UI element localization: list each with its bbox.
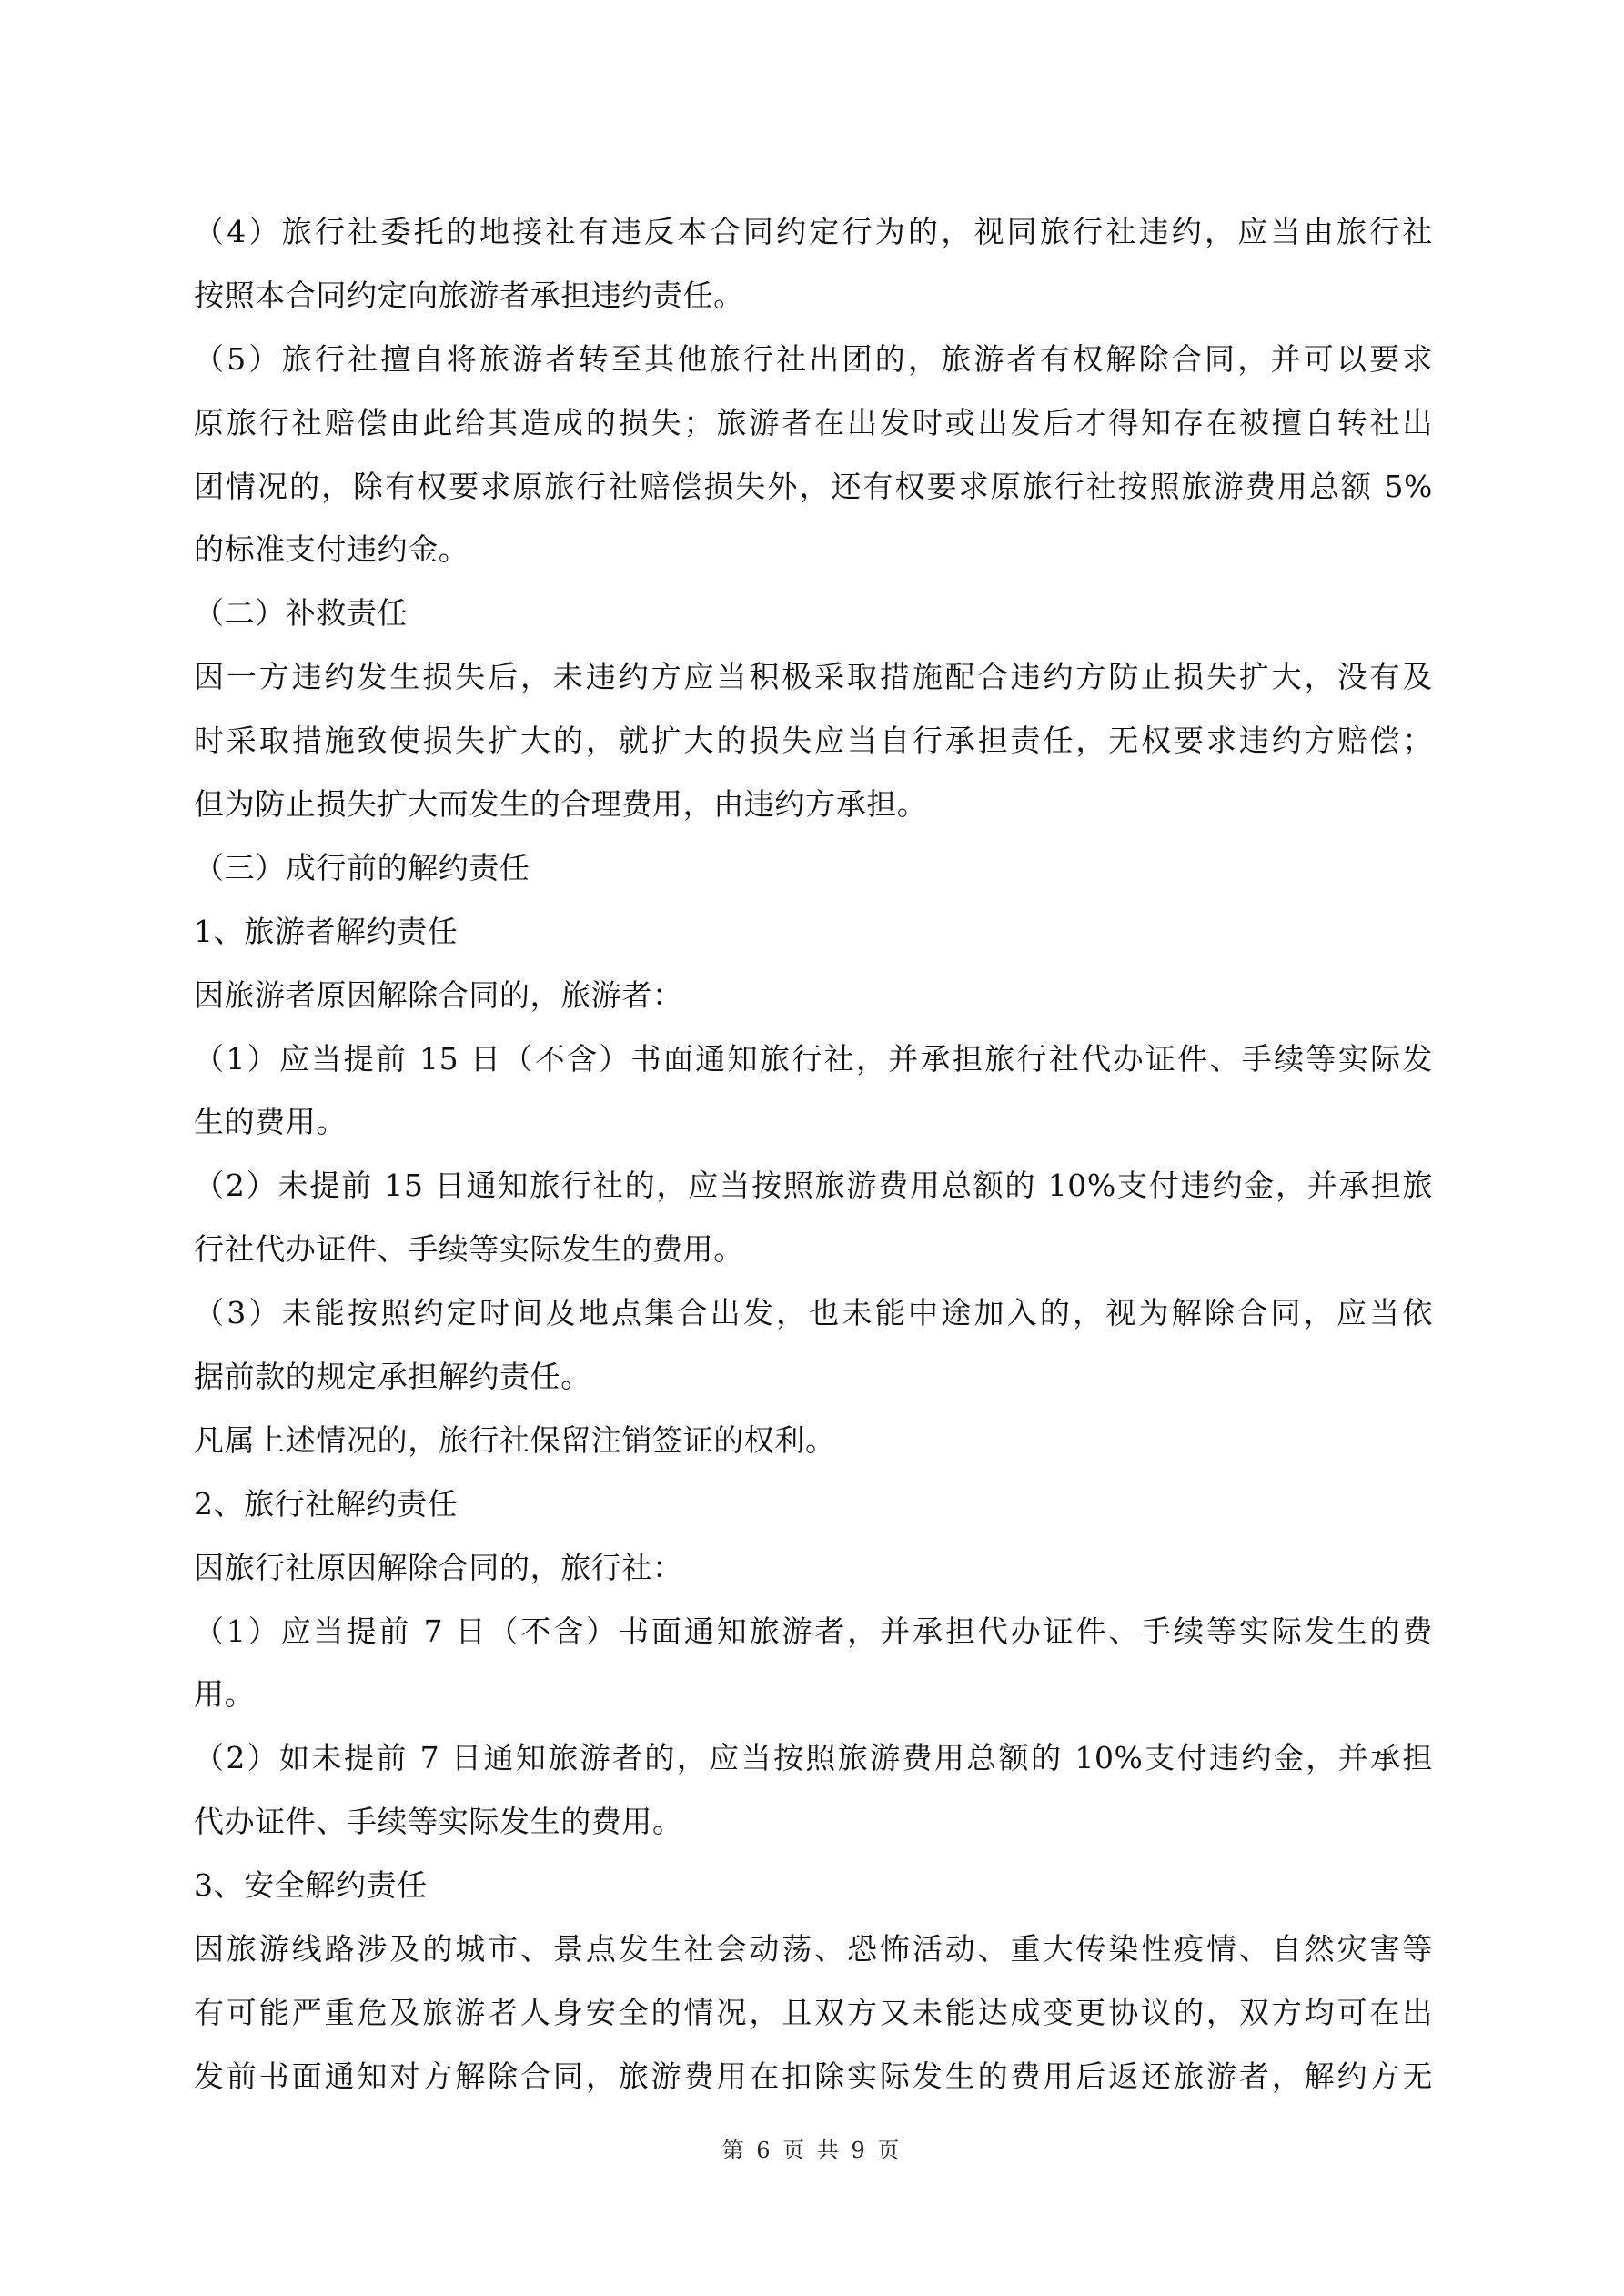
paragraph-line: 团情况的，除有权要求原旅行社赔偿损失外，还有权要求原旅行社按照旅游费用总额 5% (194, 455, 1433, 519)
paragraph-line: （5）旅行社擅自将旅游者转至其他旅行社出团的，旅游者有权解除合同，并可以要求 (194, 328, 1433, 391)
paragraph-line: 但为防止损失扩大而发生的合理费用，由违约方承担。 (194, 773, 1433, 836)
paragraph-line: （2）如未提前 7 日通知旅游者的，应当按照旅游费用总额的 10%支付违约金，并… (194, 1726, 1433, 1790)
paragraph-line: 的标准支付违约金。 (194, 518, 1433, 582)
paragraph-line: 据前款的规定承担解约责任。 (194, 1345, 1433, 1409)
page-number-footer: 第 6 页 共 9 页 (0, 2132, 1624, 2164)
section-heading: （三）成行前的解约责任 (194, 836, 1433, 900)
paragraph-line: 用。 (194, 1663, 1433, 1726)
paragraph-line: 代办证件、手续等实际发生的费用。 (194, 1790, 1433, 1854)
paragraph-line: （1）应当提前 7 日（不含）书面通知旅游者，并承担代办证件、手续等实际发生的费 (194, 1600, 1433, 1664)
paragraph-line: 行社代办证件、手续等实际发生的费用。 (194, 1218, 1433, 1281)
subsection-heading: 3、安全解约责任 (194, 1854, 1433, 1917)
paragraph-line: 凡属上述情况的，旅行社保留注销签证的权利。 (194, 1409, 1433, 1472)
paragraph-line: 发前书面通知对方解除合同，旅游费用在扣除实际发生的费用后返还旅游者，解约方无 (194, 2045, 1433, 2109)
paragraph-line: 原旅行社赔偿由此给其造成的损失；旅游者在出发时或出发后才得知存在被擅自转社出 (194, 391, 1433, 455)
paragraph-line: 生的费用。 (194, 1090, 1433, 1154)
paragraph-line: 因一方违约发生损失后，未违约方应当积极采取措施配合违约方防止损失扩大，没有及 (194, 645, 1433, 709)
subsection-heading: 2、旅行社解约责任 (194, 1472, 1433, 1536)
paragraph-line: （1）应当提前 15 日（不含）书面通知旅行社，并承担旅行社代办证件、手续等实际… (194, 1027, 1433, 1091)
paragraph-line: 时采取措施致使损失扩大的，就扩大的损失应当自行承担责任，无权要求违约方赔偿； (194, 709, 1433, 773)
subsection-heading: 1、旅游者解约责任 (194, 900, 1433, 964)
section-heading: （二）补救责任 (194, 582, 1433, 645)
paragraph-line: （3）未能按照约定时间及地点集合出发，也未能中途加入的，视为解除合同，应当依 (194, 1281, 1433, 1345)
paragraph-line: （2）未提前 15 日通知旅行社的，应当按照旅游费用总额的 10%支付违约金，并… (194, 1154, 1433, 1218)
document-body: （4）旅行社委托的地接社有违反本合同约定行为的，视同旅行社违约，应当由旅行社 按… (194, 200, 1433, 2109)
paragraph-line: 按照本合同约定向旅游者承担违约责任。 (194, 264, 1433, 328)
paragraph-line: 因旅行社原因解除合同的，旅行社： (194, 1536, 1433, 1600)
paragraph-line: 因旅游者原因解除合同的，旅游者： (194, 964, 1433, 1027)
document-page: （4）旅行社委托的地接社有违反本合同约定行为的，视同旅行社违约，应当由旅行社 按… (0, 0, 1624, 2296)
paragraph-line: 因旅游线路涉及的城市、景点发生社会动荡、恐怖活动、重大传染性疫情、自然灾害等 (194, 1917, 1433, 1981)
paragraph-line: 有可能严重危及旅游者人身安全的情况，且双方又未能达成变更协议的，双方均可在出 (194, 1981, 1433, 2045)
paragraph-line: （4）旅行社委托的地接社有违反本合同约定行为的，视同旅行社违约，应当由旅行社 (194, 200, 1433, 264)
